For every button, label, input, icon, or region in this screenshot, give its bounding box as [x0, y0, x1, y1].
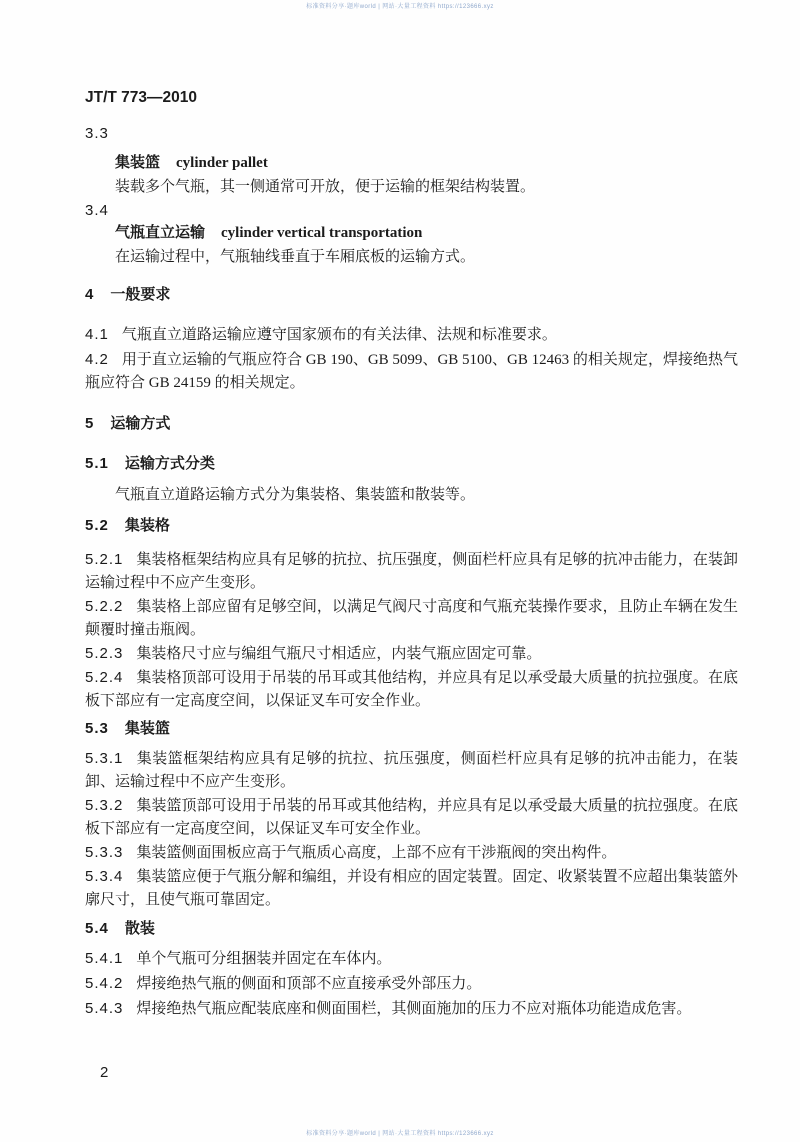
- clause-5-3-2-number: 5.3.2: [85, 797, 123, 814]
- term-3-4-definition: 在运输过程中，气瓶轴线垂直于车厢底板的运输方式。: [85, 246, 738, 269]
- clause-5-4-1-text: 单个气瓶可分组捆装并固定在车体内。: [136, 951, 391, 967]
- clause-5-2-2: 5.2.2集装格上部应留有足够空间，以满足气阀尺寸高度和气瓶充装操作要求，且防止…: [85, 595, 738, 642]
- term-3-4-zh: 气瓶直立运输: [115, 225, 205, 241]
- clause-5-3-4-text: 集装篮应便于气瓶分解和编组，并设有相应的固定装置。固定、收紧装置不应超出集装篮外…: [85, 869, 738, 908]
- clause-5-4-2-number: 5.4.2: [85, 975, 123, 992]
- clause-5-1-paragraph: 气瓶直立道路运输方式分为集装格、集装篮和散装等。: [85, 484, 738, 507]
- clause-5-3-3-number: 5.3.3: [85, 844, 123, 861]
- clause-4-1: 4.1气瓶直立道路运输应遵守国家颁布的有关法律、法规和标准要求。: [85, 323, 738, 347]
- doc-number-header: JT/T 773—2010: [85, 86, 738, 109]
- clause-3-4-number: 3.4: [85, 199, 738, 222]
- term-3-4-heading: 气瓶直立运输cylinder vertical transportation: [85, 222, 738, 245]
- section-5-3-title: 集装篮: [125, 720, 170, 737]
- section-5-heading: 5运输方式: [85, 412, 738, 435]
- clause-5-4-2: 5.4.2焊接绝热气瓶的侧面和顶部不应直接承受外部压力。: [85, 972, 738, 996]
- clause-5-2-3: 5.2.3集装格尺寸应与编组气瓶尺寸相适应，内装气瓶应固定可靠。: [85, 642, 738, 666]
- clause-5-3-2-text: 集装篮顶部可设用于吊装的吊耳或其他结构，并应具有足以承受最大质量的抗拉强度。在底…: [85, 798, 738, 837]
- document-content: JT/T 773—2010 3.3 集装篮cylinder pallet 装载多…: [0, 0, 800, 1084]
- clause-5-4-3-number: 5.4.3: [85, 1000, 123, 1017]
- clause-5-2-1-number: 5.2.1: [85, 551, 123, 568]
- section-5-1-number: 5.1: [85, 455, 109, 472]
- clause-4-2-text: 用于直立运输的气瓶应符合 GB 190、GB 5099、GB 5100、GB 1…: [85, 352, 738, 391]
- clause-5-3-4-number: 5.3.4: [85, 868, 123, 885]
- clause-5-3-2: 5.3.2集装篮顶部可设用于吊装的吊耳或其他结构，并应具有足以承受最大质量的抗拉…: [85, 794, 738, 841]
- clause-5-2-4-number: 5.2.4: [85, 669, 123, 686]
- clause-5-2-1-text: 集装格框架结构应具有足够的抗拉、抗压强度，侧面栏杆应具有足够的抗冲击能力，在装卸…: [85, 552, 738, 591]
- section-5-2-heading: 5.2集装格: [85, 514, 738, 537]
- section-5-3-heading: 5.3集装篮: [85, 717, 738, 740]
- section-4-number: 4: [85, 286, 94, 303]
- section-5-number: 5: [85, 415, 94, 432]
- clause-5-2-3-text: 集装格尺寸应与编组气瓶尺寸相适应，内装气瓶应固定可靠。: [136, 646, 541, 662]
- clause-4-2-number: 4.2: [85, 351, 109, 368]
- section-5-2-title: 集装格: [125, 517, 170, 534]
- section-5-4-title: 散装: [125, 920, 155, 937]
- clause-3-3-number: 3.3: [85, 122, 738, 145]
- clause-5-4-2-text: 焊接绝热气瓶的侧面和顶部不应直接承受外部压力。: [136, 976, 481, 992]
- watermark-top: 标准资料分享·题库world | 网站·大量工程资料 https://12366…: [0, 3, 800, 11]
- section-5-2-number: 5.2: [85, 517, 109, 534]
- clause-5-4-1-number: 5.4.1: [85, 950, 123, 967]
- watermark-bottom: 标准资料分享·题库world | 网站·大量工程资料 https://12366…: [0, 1130, 800, 1138]
- section-5-3-number: 5.3: [85, 720, 109, 737]
- term-3-4-en: cylinder vertical transportation: [221, 225, 422, 241]
- term-3-3-zh: 集装篮: [115, 155, 160, 171]
- section-5-1-heading: 5.1运输方式分类: [85, 452, 738, 475]
- section-5-4-heading: 5.4散装: [85, 917, 738, 940]
- document-page: 标准资料分享·题库world | 网站·大量工程资料 https://12366…: [0, 0, 800, 1142]
- section-5-title: 运输方式: [110, 415, 170, 432]
- term-3-3-heading: 集装篮cylinder pallet: [85, 152, 738, 175]
- clause-4-1-number: 4.1: [85, 326, 109, 343]
- term-3-3-en: cylinder pallet: [176, 155, 268, 171]
- clause-5-3-3-text: 集装篮侧面围板应高于气瓶质心高度，上部不应有干涉瓶阀的突出构件。: [136, 845, 616, 861]
- clause-5-3-1: 5.3.1集装篮框架结构应具有足够的抗拉、抗压强度，侧面栏杆应具有足够的抗冲击能…: [85, 747, 738, 794]
- clause-5-4-1: 5.4.1单个气瓶可分组捆装并固定在车体内。: [85, 947, 738, 971]
- clause-5-3-1-number: 5.3.1: [85, 750, 123, 767]
- clause-4-2: 4.2用于直立运输的气瓶应符合 GB 190、GB 5099、GB 5100、G…: [85, 348, 738, 395]
- clause-5-3-3: 5.3.3集装篮侧面围板应高于气瓶质心高度，上部不应有干涉瓶阀的突出构件。: [85, 841, 738, 865]
- section-5-4-number: 5.4: [85, 920, 109, 937]
- clause-5-3-4: 5.3.4集装篮应便于气瓶分解和编组，并设有相应的固定装置。固定、收紧装置不应超…: [85, 865, 738, 912]
- clause-4-1-text: 气瓶直立道路运输应遵守国家颁布的有关法律、法规和标准要求。: [122, 327, 557, 343]
- clause-5-2-4-text: 集装格顶部可设用于吊装的吊耳或其他结构，并应具有足以承受最大质量的抗拉强度。在底…: [85, 670, 738, 709]
- section-4-title: 一般要求: [110, 286, 170, 303]
- section-5-1-title: 运输方式分类: [125, 455, 215, 472]
- term-3-3-definition: 装载多个气瓶，其一侧通常可开放，便于运输的框架结构装置。: [85, 176, 738, 199]
- clause-5-2-2-number: 5.2.2: [85, 598, 123, 615]
- clause-5-3-1-text: 集装篮框架结构应具有足够的抗拉、抗压强度，侧面栏杆应具有足够的抗冲击能力，在装卸…: [85, 751, 738, 790]
- section-4-heading: 4一般要求: [85, 283, 738, 306]
- clause-5-4-3-text: 焊接绝热气瓶应配装底座和侧面围栏，其侧面施加的压力不应对瓶体功能造成危害。: [136, 1001, 691, 1017]
- clause-5-2-1: 5.2.1集装格框架结构应具有足够的抗拉、抗压强度，侧面栏杆应具有足够的抗冲击能…: [85, 548, 738, 595]
- clause-5-4-3: 5.4.3焊接绝热气瓶应配装底座和侧面围栏，其侧面施加的压力不应对瓶体功能造成危…: [85, 997, 738, 1021]
- page-number: 2: [85, 1061, 738, 1084]
- clause-5-2-4: 5.2.4集装格顶部可设用于吊装的吊耳或其他结构，并应具有足以承受最大质量的抗拉…: [85, 666, 738, 713]
- clause-5-2-2-text: 集装格上部应留有足够空间，以满足气阀尺寸高度和气瓶充装操作要求，且防止车辆在发生…: [85, 599, 738, 638]
- clause-5-2-3-number: 5.2.3: [85, 645, 123, 662]
